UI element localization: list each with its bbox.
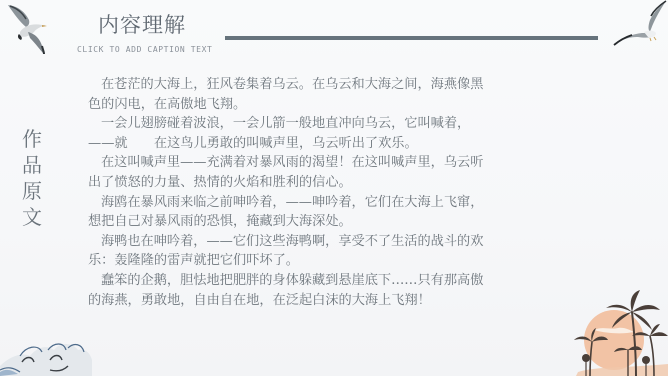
- caption-placeholder[interactable]: CLICK TO ADD CAPTION TEXT: [77, 45, 212, 55]
- text-line: 在这叫喊声里——充满着对暴风雨的渴望！在这叫喊声里，乌云听: [88, 153, 488, 173]
- text-body[interactable]: 在苍茫的大海上，狂风卷集着乌云。在乌云和大海之间，海燕像黑 色的闪电，在高傲地飞…: [88, 75, 488, 310]
- header-divider: [225, 36, 598, 40]
- section-label: 作 品 原 文: [22, 126, 42, 230]
- seagull-icon: [6, 2, 50, 56]
- text-line: 的海燕，勇敢地，自由自在地，在泛起白沫的大海上飞翔！: [88, 291, 488, 311]
- ocean-wave-icon: [0, 326, 100, 376]
- slide: 内容理解 CLICK TO ADD CAPTION TEXT 作 品 原 文 在…: [0, 0, 668, 376]
- section-label-char: 文: [22, 204, 42, 230]
- section-label-char: 品: [22, 152, 42, 178]
- palm-tree-sunset-icon: [558, 280, 668, 376]
- text-line: ——就 在这鸟儿勇敢的叫喊声里，乌云听出了欢乐。: [88, 134, 488, 154]
- text-line: 想把自己对暴风雨的恐惧，掩藏到大海深处。: [88, 212, 488, 232]
- section-label-char: 作: [22, 126, 42, 152]
- section-label-char: 原: [22, 178, 42, 204]
- text-line: 一会儿翅膀碰着波浪，一会儿箭一般地直冲向乌云，它叫喊着，: [88, 114, 488, 134]
- text-line: 海鸥在暴风雨来临之前呻吟着，——呻吟着，它们在大海上飞窜，: [88, 193, 488, 213]
- text-line: 蠢笨的企鹅，胆怯地把肥胖的身体躲藏到悬崖底下……只有那高傲: [88, 271, 488, 291]
- text-line: 色的闪电，在高傲地飞翔。: [88, 95, 488, 115]
- text-line: 出了愤怒的力量、热情的火焰和胜利的信心。: [88, 173, 488, 193]
- text-line: 在苍茫的大海上，狂风卷集着乌云。在乌云和大海之间，海燕像黑: [88, 75, 488, 95]
- page-title: 内容理解: [98, 13, 186, 37]
- text-line: 乐：轰隆隆的雷声就把它们吓坏了。: [88, 251, 488, 271]
- seagull-icon: [610, 0, 668, 48]
- text-line: 海鸭也在呻吟着，——它们这些海鸭啊，享受不了生活的战斗的欢: [88, 232, 488, 252]
